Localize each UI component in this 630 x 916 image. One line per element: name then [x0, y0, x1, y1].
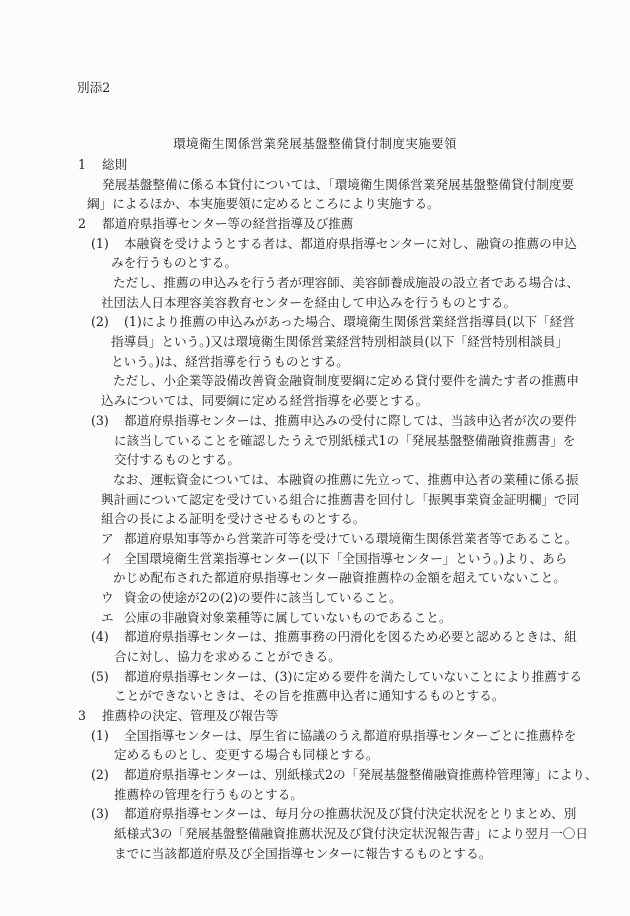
line-text: 都道府県指導センターは、(3)に定める要件を満たしていないことにより推薦する — [124, 669, 582, 685]
line-text: (1)により推薦の申込みがあった場合、環境衛生関係営業経営指導員(以下「経営 — [124, 314, 575, 330]
line-text: 発展基盤整備に係る本貸付については、「環境衛生関係営業発展基盤整備貸付制度要 — [102, 177, 574, 193]
line-text: 本融資を受けようとする者は、都道府県指導センターに対し、融資の推薦の申込 — [124, 236, 577, 252]
line-text: かじめ配布された都道府県指導センター融資推薦枠の金額を超えていないこと。 — [113, 570, 566, 586]
line-text: 全国指導センターは、厚生省に協議のうえ都道府県指導センターごとに推薦枠を — [124, 728, 576, 744]
line-text: ただし、小企業等設備改善資金融資制度要綱に定める貸付要件を満たす者の推薦申 — [113, 373, 579, 389]
item-number: ア — [101, 531, 114, 547]
line-text: 交付するものとする。 — [114, 452, 240, 468]
line-text: 資金の使途が2の(2)の要件に該当していること。 — [124, 590, 402, 606]
line-text: 推薦枠の管理を行うものとする。 — [114, 787, 303, 803]
document-page: 別添2 環境衛生関係営業発展基盤整備貸付制度実施要領 1総則発展基盤整備に係る本… — [0, 0, 630, 916]
line-text: 紙様式3の「発展基盤整備融資推薦状況及び貸付決定状況報告書」により翌月一〇日 — [114, 826, 588, 842]
line-text: 指導員」という。)又は環境衛生関係営業経営特別相談員(以下「経営特別相談員」 — [111, 334, 568, 350]
line-text: 推薦枠の決定、管理及び報告等 — [102, 708, 278, 724]
line-text: 定めるものとし、変更する場合も同様とする。 — [114, 747, 378, 763]
line-text: 都道府県指導センターは、別紙様式2の「発展基盤整備融資推薦枠管理簿」により、 — [124, 767, 597, 783]
item-number: (2) — [91, 767, 109, 783]
line-text: 綱」によるほか、本実施要領に定めるところにより実施する。 — [87, 196, 440, 212]
line-text: 合に対し、協力を求めることができる。 — [114, 649, 341, 665]
item-number: (3) — [91, 413, 109, 429]
line-text: 都道府県指導センターは、推薦申込みの受付に際しては、当該申込者が次の要件 — [124, 413, 577, 429]
document-title: 環境衛生関係営業発展基盤整備貸付制度実施要領 — [0, 136, 630, 152]
annex-label: 別添2 — [77, 80, 110, 96]
item-number: (3) — [91, 806, 109, 822]
line-text: に該当していることを確認したうえで別紙様式1の「発展基盤整備融資推薦書」を — [114, 433, 575, 449]
line-text: ただし、推薦の申込みを行う者が理容師、美容師養成施設の設立者である場合は、 — [113, 275, 579, 291]
item-number: (5) — [91, 669, 109, 685]
item-number: 1 — [78, 157, 86, 173]
item-number: ウ — [101, 590, 114, 606]
line-text: 都道府県指導センターは、推薦事務の円滑化を図るため必要と認めるときは、組 — [124, 629, 577, 645]
line-text: ことができないときは、その旨を推薦申込者に通知するものとする。 — [114, 688, 504, 704]
line-text: 総則 — [102, 157, 127, 173]
item-number: イ — [101, 551, 114, 567]
item-number: (1) — [91, 236, 109, 252]
item-number: (1) — [91, 728, 109, 744]
line-text: 公庫の非融資対象業種等に属していないものであること。 — [124, 610, 451, 626]
item-number: 3 — [78, 708, 86, 724]
line-text: 都道府県指導センターは、毎月分の推薦状況及び貸付決定状況をとりまとめ、別 — [124, 806, 576, 822]
line-text: 社団法人日本理容美容教育センターを経由して申込みを行うものとする。 — [101, 295, 516, 311]
line-text: なお、運転資金については、本融資の推薦に先立って、推薦申込者の業種に係る振 — [113, 472, 578, 488]
item-number: エ — [101, 610, 114, 626]
line-text: 都道府県指導センター等の経営指導及び推薦 — [102, 216, 353, 232]
item-number: 2 — [78, 216, 86, 232]
item-number: (4) — [91, 629, 109, 645]
line-text: 込みについては、同要綱に定める経営指導を必要とする。 — [101, 393, 428, 409]
line-text: 全国環境衛生営業指導センター(以下「全国指導センター」という。)より、あら — [124, 551, 567, 567]
line-text: みを行うものとする。 — [111, 255, 237, 271]
line-text: 都道府県知事等から営業許可等を受けている環境衛生関係営業者等であること。 — [124, 531, 577, 547]
line-text: 興計画について認定を受けている組合に推薦書を回付し「振興事業資金証明欄」で同 — [101, 492, 579, 508]
line-text: 組合の長による証明を受けさせるものとする。 — [101, 511, 365, 527]
line-text: までに当該都道府県及び全国指導センターに報告するものとする。 — [114, 846, 491, 862]
line-text: という。)は、経営指導を行うものとする。 — [111, 354, 349, 370]
item-number: (2) — [91, 314, 109, 330]
